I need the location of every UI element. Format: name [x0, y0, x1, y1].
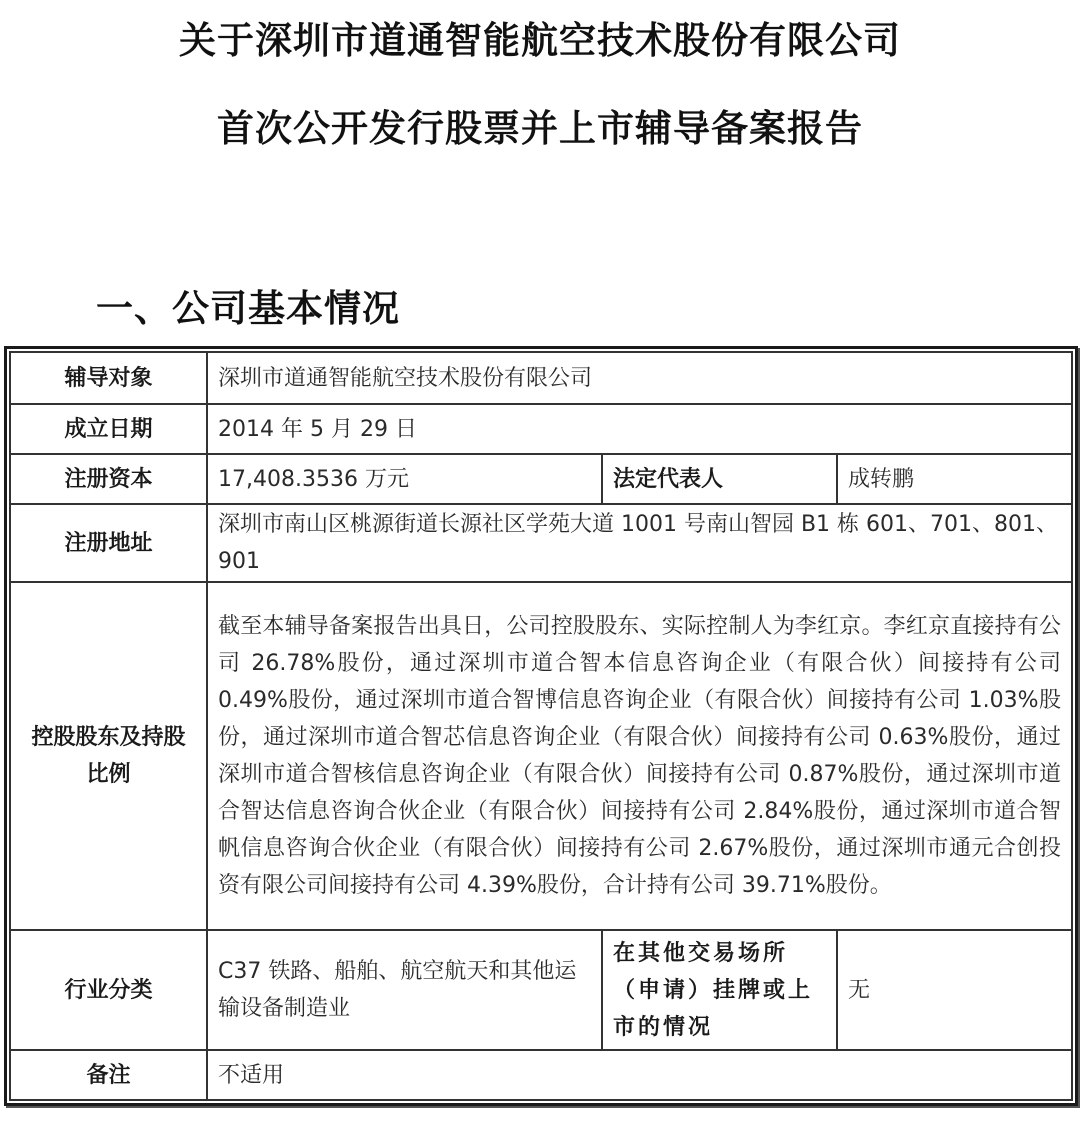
table-row-established: 成立日期 2014 年 5 月 29 日 — [10, 404, 1072, 454]
value-remarks: 不适用 — [207, 1050, 1072, 1100]
table-row-remarks: 备注 不适用 — [10, 1050, 1072, 1100]
table-row-shareholder: 控股股东及持股比例 截至本辅导备案报告出具日，公司控股股东、实际控制人为李红京。… — [10, 582, 1072, 930]
table-row-address: 注册地址 深圳市南山区桃源街道长源社区学苑大道 1001 号南山智园 B1 栋 … — [10, 504, 1072, 582]
label-address: 注册地址 — [10, 504, 207, 582]
value-legal-rep: 成转鹏 — [837, 454, 1072, 504]
label-shareholder: 控股股东及持股比例 — [10, 582, 207, 930]
label-remarks: 备注 — [10, 1050, 207, 1100]
document-title-line2: 首次公开发行股票并上市辅导备案报告 — [0, 98, 1080, 152]
label-legal-rep: 法定代表人 — [602, 454, 837, 504]
value-established: 2014 年 5 月 29 日 — [207, 404, 1072, 454]
value-target: 深圳市道通智能航空技术股份有限公司 — [207, 352, 1072, 404]
label-industry: 行业分类 — [10, 930, 207, 1050]
label-target: 辅导对象 — [10, 352, 207, 404]
value-capital: 17,408.3536 万元 — [207, 454, 602, 504]
value-industry: C37 铁路、船舶、航空航天和其他运输设备制造业 — [207, 930, 602, 1050]
table-row-target: 辅导对象 深圳市道通智能航空技术股份有限公司 — [10, 352, 1072, 404]
document-title-line1: 关于深圳市道通智能航空技术股份有限公司 — [0, 10, 1080, 64]
value-shareholder: 截至本辅导备案报告出具日，公司控股股东、实际控制人为李红京。李红京直接持有公司 … — [207, 582, 1072, 930]
label-capital: 注册资本 — [10, 454, 207, 504]
label-established: 成立日期 — [10, 404, 207, 454]
section-heading: 一、公司基本情况 — [96, 278, 400, 332]
table-row-industry: 行业分类 C37 铁路、船舶、航空航天和其他运输设备制造业 在其他交易场所（申请… — [10, 930, 1072, 1050]
label-other-listing: 在其他交易场所（申请）挂牌或上市的情况 — [602, 930, 837, 1050]
value-other-listing: 无 — [837, 930, 1072, 1050]
value-address: 深圳市南山区桃源街道长源社区学苑大道 1001 号南山智园 B1 栋 601、7… — [207, 504, 1072, 582]
table-row-capital: 注册资本 17,408.3536 万元 法定代表人 成转鹏 — [10, 454, 1072, 504]
company-info-table: 辅导对象 深圳市道通智能航空技术股份有限公司 成立日期 2014 年 5 月 2… — [4, 346, 1078, 1106]
